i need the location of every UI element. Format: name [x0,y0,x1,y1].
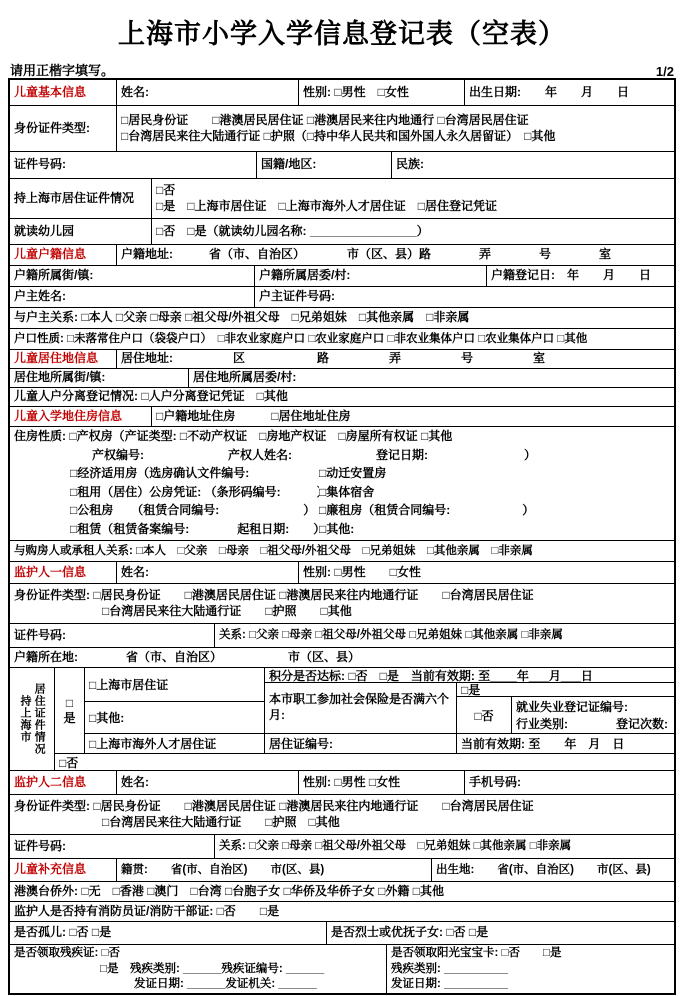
meta-row: 请用正楷字填写。 1/2 [0,60,684,79]
hukou-street-field: 户籍所属街/镇: [10,266,255,286]
guardian2-name-field: 姓名: [117,771,299,794]
sunshine-card-block: 是否领取阳光宝宝卡: □否 □是 残疾类别: __________ 发证日期: … [387,945,674,993]
social-no-cell: □否 [457,697,512,733]
firefighter-options: 监护人是否持有消防员证/消防干部证: □否 □是 [10,902,674,921]
permit-label-right: 居住证件情况 [33,683,45,755]
guardian2-idtype-options: 身份证件类型: □居民身份证 □港澳居民居住证 □港澳居民来往内地通行证 □台湾… [10,795,674,834]
row-housing-header: 儿童入学地住房信息 □户籍地址住房 □居住地址住房 [10,407,674,427]
row-residence-separation: 儿童人户分离登记情况: □人户分离登记凭证 □其他 [10,388,674,407]
permit-score-row: 积分是否达标: □否 □是 当前有效期: 至____年___月___日 [265,668,674,683]
orphan-options: 是否孤儿: □否 □是 [10,922,327,944]
guardian1-name-field: 姓名: [117,562,299,583]
section-guardian2-title: 监护人二信息 [10,771,117,794]
row-hukou-type: 户口性质: □未落常住户口（袋袋户口） □非农业家庭户口 □农业家庭户口 □非农… [10,329,674,350]
housing-line2: 产权编号: 产权人姓名: 登记日期: ） [14,448,670,464]
row-guardian2-header: 监护人二信息 姓名: 性别: □男性 □女性 手机号码: [10,771,674,795]
permit-block-label: 持上海市 居住证件情况 [10,668,55,770]
guardian2-relation-options: 关系: □父亲 □母亲 □祖父母/外祖父母 □兄弟姐妹 □其他亲属 □非亲属 [215,835,674,858]
permit-yes-text: 是 [63,711,75,725]
row-guardian1-idno: 证件号码: 关系: □父亲 □母亲 □祖父母/外祖父母 □兄弟姐妹 □其他亲属 … [10,624,674,648]
row-basic-idtype: 身份证件类型: □居民身份证 □港澳居民居住证 □港澳居民来往内地通行 □台湾居… [10,106,674,152]
section-supplement-title: 儿童补充信息 [10,859,117,881]
form-table: 儿童基本信息 姓名: 性别: □男性 □女性 出生日期: 年 月 日 身份证件类… [8,78,676,995]
row-basic-permit: 持上海市居住证件情况 □否 □是 □上海市居住证 □上海市海外人才居住证 □居住… [10,179,674,219]
cert-overseas-talent: □上海市海外人才居住证 [85,734,264,753]
permit-yes-section: □ 是 □上海市居住证 □其他: □上海市海外人才居住证 积分是否达标: □否 … [55,668,674,754]
martyr-options: 是否烈士或优抚子女: □否 □是 [327,922,674,944]
residence-committee-field: 居住地所属居委/村: [189,369,674,387]
social-insurance-label: 本市职工参加社会保险是否满六个月: [265,683,457,733]
guardian1-relation-options: 关系: □父亲 □母亲 □祖父母/外祖父母 □兄弟姐妹 □其他亲属 □非亲属 [215,624,674,647]
disability-cert-block: 是否领取残疾证: □否 □是 残疾类别: ______残疾证编号: ______… [10,945,387,993]
row-hukou-header: 儿童户籍信息 户籍地址: 省（市、自治区） 市（区、县）路 弄 号 室 [10,245,674,266]
guardian1-idtype-options: 身份证件类型: □居民身份证 □港澳居民居住证 □港澳居民来往内地通行证 □台湾… [10,584,674,623]
guardian1-gender-field: 性别: □男性 □女性 [299,562,674,583]
row-hukou-street: 户籍所属街/镇: 户籍所属居委/村: 户籍登记日: 年 月 日 [10,266,674,287]
guardian2-gender-field: 性别: □男性 □女性 [299,771,465,794]
form-page: 上海市小学入学信息登记表（空表） 请用正楷字填写。 1/2 儿童基本信息 姓名:… [0,0,684,996]
row-guardian2-idno: 证件号码: 关系: □父亲 □母亲 □祖父母/外祖父母 □兄弟姐妹 □其他亲属 … [10,835,674,859]
housing-type-block: 住房性质: □产权房（产证类型: □不动产权证 □房地产权证 □房屋所有权证 □… [10,427,674,540]
residence-address-field: 居住地址: 区 路 弄 号 室 [117,350,674,368]
permit-label-left: 持上海市 [19,695,31,743]
native-place-field: 籍贯: 省(市、自治区) 市(区、县) [117,859,432,881]
kindergarten-label: 就读幼儿园 [10,219,152,244]
kindergarten-options: □否 □是（就读幼儿园名称: ________________） [152,219,674,244]
row-basic-header: 儿童基本信息 姓名: 性别: □男性 □女性 出生日期: 年 月 日 [10,80,674,106]
child-nationality-field: 国籍/地区: [257,152,392,178]
row-orphan-martyr: 是否孤儿: □否 □是 是否烈士或优抚子女: □否 □是 [10,922,674,945]
child-permit-options: □否 □是 □上海市居住证 □上海市海外人才居住证 □居住登记凭证 [152,179,674,218]
row-basic-idno: 证件号码: 国籍/地区: 民族: [10,152,674,179]
head-idno-field: 户主证件号码: [255,287,674,307]
row-residence-header: 儿童居住地信息 居住地址: 区 路 弄 号 室 [10,350,674,369]
permit-block-body: □ 是 □上海市居住证 □其他: □上海市海外人才居住证 积分是否达标: □否 … [55,668,674,770]
child-ethnic-field: 民族: [392,152,674,178]
row-overseas: 港澳台侨外: □无 □香港 □澳门 □台湾 □台胞子女 □华侨及华侨子女 □外籍… [10,882,674,902]
permit-number-field: 居住证编号: [265,734,457,753]
row-firefighter: 监护人是否持有消防员证/消防干部证: □否 □是 [10,902,674,922]
housing-line5: □公租房 （租赁合同编号: ） □廉租房（租赁合同编号: ） [14,503,670,519]
permit-social-row: 本市职工参加社会保险是否满六个月: □是 □否 就业失业登记证编号: 行业类别:… [265,683,674,734]
child-idno-field: 证件号码: [10,152,257,178]
separation-options: 儿童人户分离登记情况: □人户分离登记凭证 □其他 [10,388,674,406]
head-relation-options: 与户主关系: □本人 □父亲 □母亲 □祖父母/外祖父母 □兄弟姐妹 □其他亲属… [10,308,674,328]
employment-info-cell: 就业失业登记证编号: 行业类别: 登记次数: [512,697,674,733]
permit-cert-column: □上海市居住证 □其他: □上海市海外人才居住证 [85,668,265,753]
housing-address-options: □户籍地址住房 □居住地址住房 [152,407,674,426]
housing-line3: □经济适用房（选房确认文件编号: ） □动迁安置房 [14,466,670,482]
child-name-field: 姓名: [117,80,299,105]
section-guardian1-title: 监护人一信息 [10,562,117,583]
page-number: 1/2 [656,64,674,79]
permit-validity-field: 当前有效期: 至 年 月 日 [457,734,674,753]
permit-no-cell: □否 [55,754,674,770]
guardian1-hukou-field: 户籍所在地: 省（市、自治区） 市（区、县） [10,648,674,667]
row-residence-street: 居住地所属街/镇: 居住地所属居委/村: [10,369,674,388]
row-hukou-relation: 与户主关系: □本人 □父亲 □母亲 □祖父母/外祖父母 □兄弟姐妹 □其他亲属… [10,308,674,329]
guardian2-phone-field: 手机号码: [465,771,674,794]
guardian1-idno-field: 证件号码: [10,624,215,647]
housing-line6: □租赁（租赁备案编号: 起租日期: ） □其他: [14,522,670,538]
section-basic-title: 儿童基本信息 [10,80,117,105]
row-disability: 是否领取残疾证: □否 □是 残疾类别: ______残疾证编号: ______… [10,945,674,993]
cert-other: □其他: [85,702,264,734]
housing-line4: □租用（居住）公房凭证: （条形码编号: ） □集体宿舍 [14,485,670,501]
head-name-field: 户主姓名: [10,287,255,307]
row-guardian1-idtype: 身份证件类型: □居民身份证 □港澳居民居住证 □港澳居民来往内地通行证 □台湾… [10,584,674,624]
guardian2-idno-field: 证件号码: [10,835,215,858]
social-yes-cell: □是 [457,683,674,697]
idtype-options: □居民身份证 □港澳居民居住证 □港澳居民来往内地通行 □台湾居民居住证 □台湾… [117,106,674,151]
hukou-regdate-field: 户籍登记日: 年 月 日 [487,266,674,286]
row-guardian2-idtype: 身份证件类型: □居民身份证 □港澳居民居住证 □港澳居民来往内地通行证 □台湾… [10,795,674,835]
row-housing-relation: 与购房人或承租人关系: □本人 □父亲 □母亲 □祖父母/外祖父母 □兄弟姐妹 … [10,541,674,562]
child-birthdate-field: 出生日期: 年 月 日 [465,80,674,105]
fill-hint: 请用正楷字填写。 [10,60,114,79]
idtype-label: 身份证件类型: [10,106,117,151]
hukou-committee-field: 户籍所属居委/村: [255,266,487,286]
row-kindergarten: 就读幼儿园 □否 □是（就读幼儿园名称: ________________） [10,219,674,245]
housing-line1: 住房性质: □产权房（产证类型: □不动产权证 □房地产权证 □房屋所有权证 □… [14,429,670,445]
section-housing-title: 儿童入学地住房信息 [10,407,152,426]
cert-shanghai-permit: □上海市居住证 [85,668,264,702]
section-hukou-title: 儿童户籍信息 [10,245,117,265]
row-hukou-head: 户主姓名: 户主证件号码: [10,287,674,308]
permit-yes-checkbox: □ [66,696,73,710]
housing-relation-options: 与购房人或承租人关系: □本人 □父亲 □母亲 □祖父母/外祖父母 □兄弟姐妹 … [10,541,674,561]
row-guardian1-header: 监护人一信息 姓名: 性别: □男性 □女性 [10,562,674,584]
row-housing-detail: 住房性质: □产权房（产证类型: □不动产权证 □房地产权证 □房屋所有权证 □… [10,427,674,541]
hukou-address-field: 户籍地址: 省（市、自治区） 市（区、县）路 弄 号 室 [117,245,674,265]
row-guardian1-permit-block: 持上海市 居住证件情况 □ 是 □上海市居住证 □其他: □上海市海外人才居住证 [10,668,674,771]
child-gender-field: 性别: □男性 □女性 [299,80,465,105]
birthplace-field: 出生地: 省(市、自治区) 市(区、县) [432,859,674,881]
row-guardian1-hukou: 户籍所在地: 省（市、自治区） 市（区、县） [10,648,674,668]
overseas-options: 港澳台侨外: □无 □香港 □澳门 □台湾 □台胞子女 □华侨及华侨子女 □外籍… [10,882,674,901]
permit-yes-cell: □ 是 [55,668,85,753]
page-title: 上海市小学入学信息登记表（空表） [0,0,684,51]
section-residence-title: 儿童居住地信息 [10,350,117,368]
row-supplement-header: 儿童补充信息 籍贯: 省(市、自治区) 市(区、县) 出生地: 省(市、自治区)… [10,859,674,882]
hukou-type-options: 户口性质: □未落常住户口（袋袋户口） □非农业家庭户口 □农业家庭户口 □非农… [10,329,674,349]
child-permit-label: 持上海市居住证件情况 [10,179,152,218]
residence-street-field: 居住地所属街/镇: [10,369,189,387]
permit-number-row: 居住证编号: 当前有效期: 至 年 月 日 [265,734,674,753]
